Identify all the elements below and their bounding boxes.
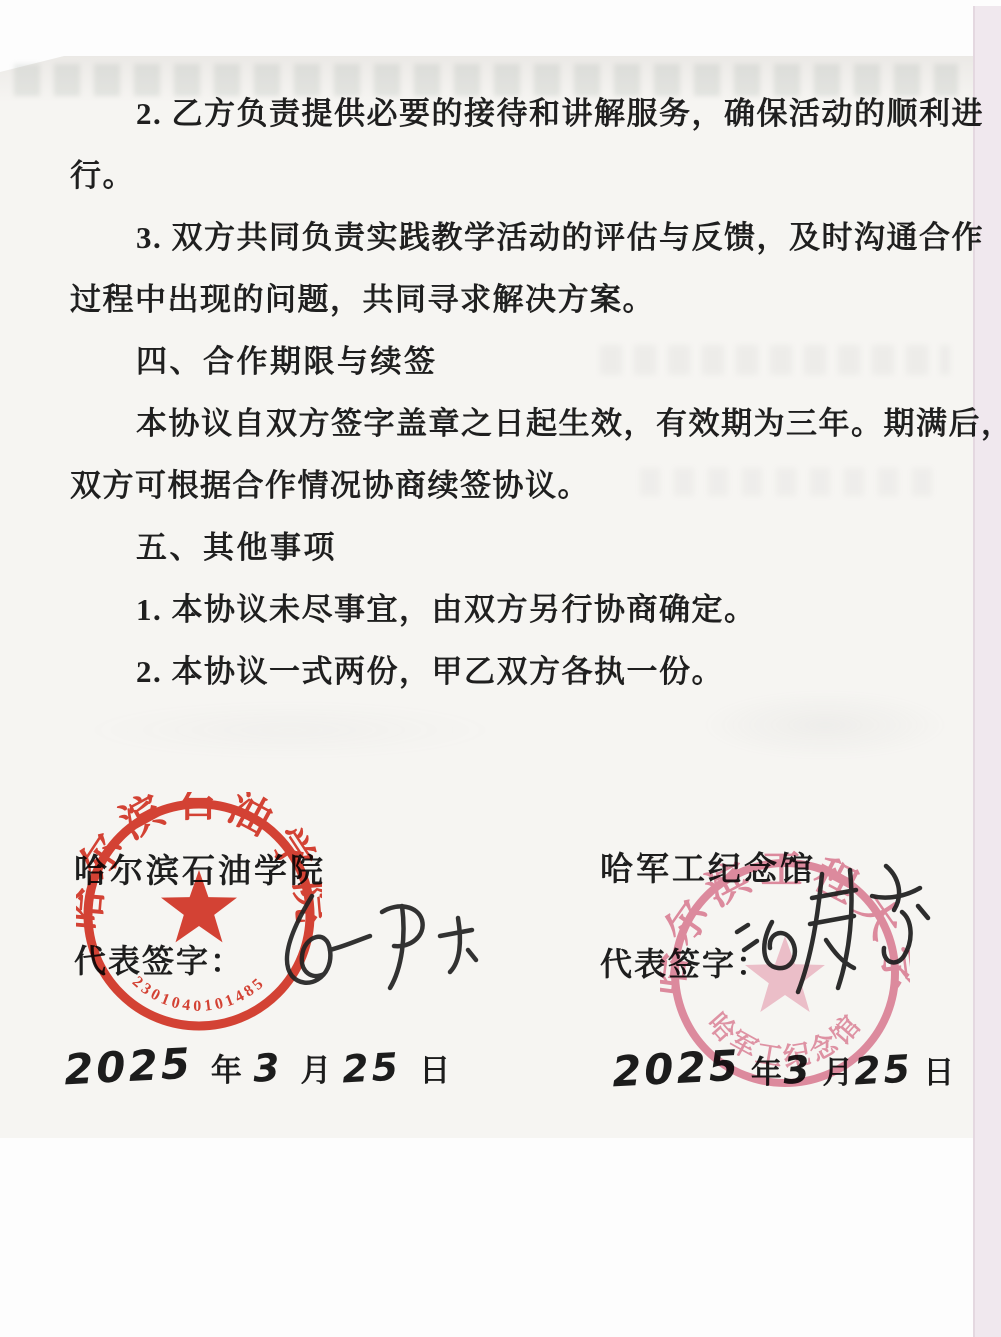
seal-star <box>745 936 825 1012</box>
paragraph-line: 双方可根据合作情况协商续签协议。 <box>70 467 970 505</box>
day-label: 日 <box>923 1047 955 1092</box>
section-heading: 五、其他事项 <box>70 529 1001 567</box>
seal-star <box>161 870 237 942</box>
party-a-date: 2025 年 3 月 25 日 <box>64 1042 451 1091</box>
bleed-through-artifact <box>14 64 958 96</box>
paragraph-line: 本协议自双方签字盖章之日起生效，有效期为三年。期满后， <box>70 405 1001 443</box>
month-label: 月 <box>300 1045 332 1090</box>
seal-serial-number: 2301040101485 <box>129 973 269 1015</box>
paragraph-line: 2. 本协议一式两份，甲乙双方各执一份。 <box>70 653 1001 691</box>
handwritten-month: 3 <box>252 1045 284 1090</box>
handwritten-year: 2025 <box>63 1039 194 1095</box>
paragraph-line: 3. 双方共同负责实践教学活动的评估与反馈，及时沟通合作 <box>70 219 1001 257</box>
bleed-through-artifact <box>80 700 500 760</box>
paragraph-line: 行。 <box>70 157 970 195</box>
paragraph-line: 过程中出现的问题，共同寻求解决方案。 <box>70 281 970 319</box>
bleed-through-artifact <box>700 690 950 760</box>
section-heading: 四、合作期限与续签 <box>70 343 1001 381</box>
paragraph-line: 2. 乙方负责提供必要的接待和讲解服务，确保活动的顺利进 <box>70 95 1001 133</box>
official-seal-pink: 哈尔滨工程大学 哈军工纪念馆 <box>660 850 910 1096</box>
scanned-agreement-page: { "page": { "lines": [ "2. 乙方负责提供必要的接待和讲… <box>0 0 1001 1337</box>
svg-text:2301040101485: 2301040101485 <box>129 973 269 1015</box>
year-label: 年 <box>211 1045 243 1090</box>
official-seal-red: 哈尔滨石油学院 2301040101485 <box>76 792 322 1038</box>
paragraph-line: 1. 本协议未尽事宜，由双方另行协商确定。 <box>70 591 1001 629</box>
day-label: 日 <box>419 1045 451 1090</box>
handwritten-day: 25 <box>341 1044 402 1091</box>
